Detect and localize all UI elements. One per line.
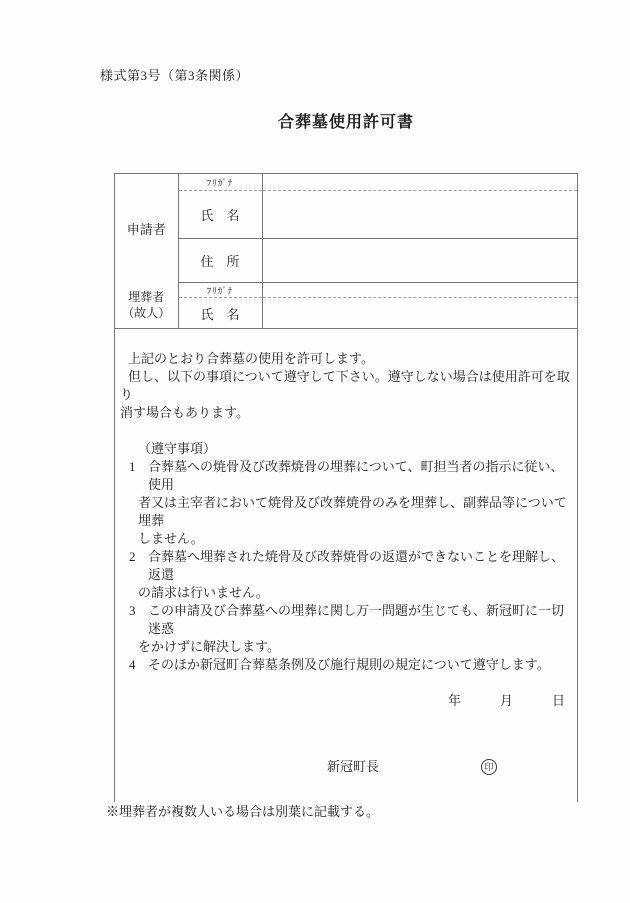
- applicant-row-label: 申請者: [115, 174, 178, 283]
- applicant-table: 申請者 ﾌﾘｶﾞﾅ 氏 名 住 所: [115, 174, 577, 329]
- applicant-name-value: [263, 191, 578, 238]
- mayor-signature-line: 新冠町長 印: [120, 758, 571, 776]
- applicant-name-label-cell: ﾌﾘｶﾞﾅ 氏 名: [178, 174, 262, 239]
- deceased-name-label-cell: ﾌﾘｶﾞﾅ 氏 名: [178, 283, 262, 329]
- deceased-furigana-label: ﾌﾘｶﾞﾅ: [179, 283, 262, 298]
- footnote: ※埋葬者が複数人いる場合は別葉に記載する。: [106, 801, 379, 820]
- rule-1-line-3: しません。: [120, 530, 571, 548]
- rule-2-line-2: の請求は行いません。: [120, 584, 571, 602]
- permit-body-text: 上記のとおり合葬墓の使用を許可します。 但し、以下の事項について遵守して下さい。…: [115, 329, 577, 776]
- form-number: 様式第3号（第3条関係）: [100, 65, 249, 84]
- intro-line-3: 消す場合もあります。: [120, 404, 571, 422]
- deceased-furigana-value: [263, 283, 578, 298]
- document-title: 合葬墓使用許可書: [114, 109, 578, 132]
- applicant-furigana-label: ﾌﾘｶﾞﾅ: [179, 174, 262, 191]
- rule-3-line-1: 3 この申請及び合葬墓への埋葬に関し万一問題が生じても、新冠町に一切迷惑: [120, 602, 571, 638]
- rule-4-line-1: 4 そのほか新冠町合葬墓条例及び施行規則の規定について遵守します。: [120, 656, 571, 674]
- rule-2-text: 合葬墓へ埋葬された焼骨及び改葬焼骨の返還ができないことを理解し、返還: [148, 549, 564, 582]
- date-line: 年 月 日: [120, 692, 571, 710]
- intro-line-1: 上記のとおり合葬墓の使用を許可します。: [120, 350, 571, 368]
- applicant-address-value-cell: [262, 239, 577, 283]
- deceased-name-label: 氏 名: [179, 298, 262, 328]
- permit-form-box: 申請者 ﾌﾘｶﾞﾅ 氏 名 住 所: [114, 173, 578, 802]
- rule-4-text: そのほか新冠町合葬墓条例及び施行規則の規定について遵守します。: [148, 657, 550, 672]
- intro-line-2: 但し、以下の事項について遵守して下さい。遵守しない場合は使用許可を取り: [120, 368, 571, 404]
- rule-1-line-2: 者又は主宰者において焼骨及び改葬焼骨のみを埋葬し、副葬品等について埋葬: [120, 494, 571, 530]
- applicant-name-value-cell: [262, 174, 577, 239]
- document-page: 様式第3号（第3条関係） 合葬墓使用許可書 申請者 ﾌﾘｶﾞﾅ 氏 名 住 所: [0, 0, 630, 903]
- applicant-address-label: 住 所: [179, 239, 262, 282]
- rule-4-number: 4: [129, 656, 136, 674]
- deceased-row-label-line1: 埋葬者: [115, 289, 178, 305]
- mayor-label: 新冠町長: [327, 758, 379, 776]
- rules-heading: （遵守事項）: [120, 440, 571, 458]
- rule-2-line-1: 2 合葬墓へ埋葬された焼骨及び改葬焼骨の返還ができないことを理解し、返還: [120, 548, 571, 584]
- applicant-name-label: 氏 名: [179, 191, 262, 238]
- rule-3-number: 3: [129, 602, 136, 620]
- rule-1-number: 1: [129, 458, 136, 476]
- applicant-furigana-value: [263, 174, 578, 191]
- applicant-address-label-cell: 住 所: [178, 239, 262, 283]
- deceased-row-label-line2: （故人）: [115, 305, 178, 321]
- deceased-row-label: 埋葬者 （故人）: [115, 283, 178, 329]
- rule-3-text: この申請及び合葬墓への埋葬に関し万一問題が生じても、新冠町に一切迷惑: [148, 603, 564, 636]
- rule-3-line-2: をかけずに解決します。: [120, 638, 571, 656]
- rule-1-text: 合葬墓への焼骨及び改葬焼骨の埋葬について、町担当者の指示に従い、使用: [148, 459, 563, 492]
- rule-2-number: 2: [129, 548, 136, 566]
- deceased-name-value-cell: [262, 283, 577, 329]
- rule-1-line-1: 1 合葬墓への焼骨及び改葬焼骨の埋葬について、町担当者の指示に従い、使用: [120, 458, 571, 494]
- deceased-name-value: [263, 298, 578, 328]
- seal-mark-icon: 印: [481, 759, 497, 775]
- applicant-address-value: [263, 239, 578, 282]
